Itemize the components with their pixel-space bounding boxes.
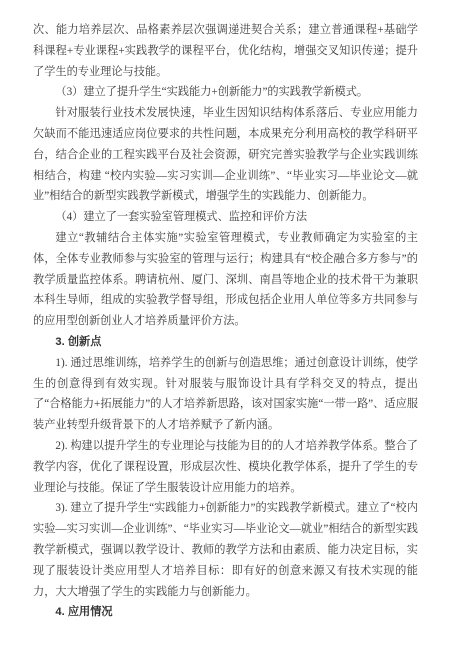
section-heading: 3. 创新点: [33, 332, 418, 353]
document-content: 次、能力培养层次、品格素养层次强调递进契合关系；建立普通课程+基础学科课程+专业…: [33, 20, 418, 623]
body-paragraph: 3). 建立了提升学生“实践能力+创新能力”的实践教学新模式。建立了“校内实验—…: [33, 498, 418, 602]
body-paragraph: 建立“教辅结合主体实施”实验室管理模式，专业教师确定为实验室的主体，全体专业教师…: [33, 228, 418, 332]
body-paragraph: 1). 通过思维训练，培养学生的创新与创造思维；通过创意设计训练，使学生的创意得…: [33, 353, 418, 436]
body-paragraph: 次、能力培养层次、品格素养层次强调递进契合关系；建立普通课程+基础学科课程+专业…: [33, 20, 418, 82]
body-paragraph: （3）建立了提升学生“实践能力+创新能力”的实践教学新模式。: [33, 82, 418, 103]
body-paragraph: 2). 构建以提升学生的专业理论与技能为目的的人才培养教学体系。整合了教学内容，…: [33, 436, 418, 498]
body-paragraph: （4）建立了一套实验室管理模式、监控和评价方法: [33, 207, 418, 228]
section-heading: 4. 应用情况: [33, 602, 418, 623]
body-paragraph: 针对服装行业技术发展快速，毕业生因知识结构体系落后、专业应用能力欠缺而不能迅速适…: [33, 103, 418, 207]
document-page: 次、能力培养层次、品格素养层次强调递进契合关系；建立普通课程+基础学科课程+专业…: [0, 0, 449, 646]
